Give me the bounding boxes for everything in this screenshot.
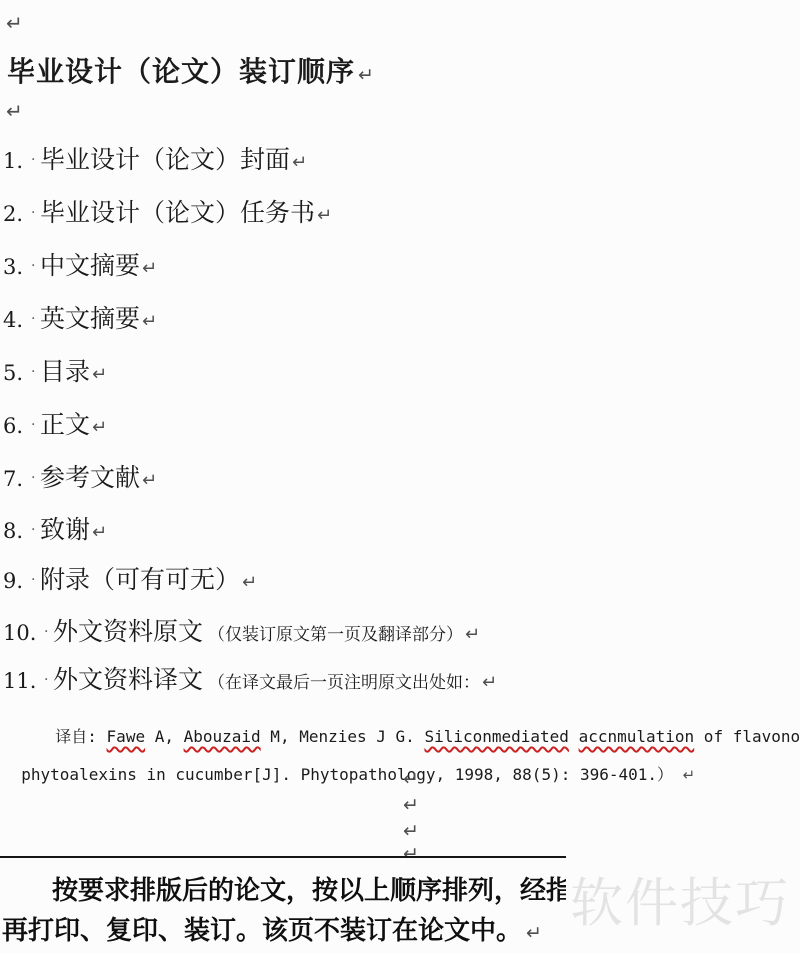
list-item: 2.·毕业设计（论文）任务书↵ bbox=[3, 199, 332, 228]
item-text: 毕业设计（论文）封面 bbox=[40, 145, 290, 174]
watermark-box: 软件技巧 bbox=[566, 853, 800, 953]
list-item: 8.·致谢↵ bbox=[3, 516, 107, 545]
footer-note-line-2: 再打印、复印、装订。该页不装订在论文中。↵ bbox=[2, 916, 542, 947]
item-number: 8. bbox=[3, 519, 31, 543]
list-item: 4.·英文摘要↵ bbox=[3, 305, 157, 334]
item-text: 中文摘要 bbox=[40, 251, 140, 280]
citation-text: phytoalexins in cucumber[J]. Phytopathol… bbox=[21, 765, 673, 784]
citation-text bbox=[569, 727, 579, 746]
document-page: { "doc": { "pilcrow": "↵", "space_dot": … bbox=[0, 0, 800, 953]
item-number: 10. bbox=[3, 621, 44, 645]
paragraph-mark: ↵ bbox=[358, 64, 374, 86]
page-title-text: 毕业设计（论文）装订顺序 bbox=[7, 55, 355, 88]
list-item: 7.·参考文献↵ bbox=[3, 464, 157, 493]
paragraph-mark: ↵ bbox=[292, 152, 307, 173]
item-text: 附录（可有可无） bbox=[40, 565, 240, 594]
misspelled-word: Siliconmediated bbox=[424, 727, 569, 746]
item-text: 外文资料译文 bbox=[53, 665, 203, 694]
paragraph-mark: ↵ bbox=[92, 522, 107, 543]
list-item: 10.·外文资料原文（仅装订原文第一页及翻译部分）↵ bbox=[3, 618, 480, 647]
paragraph-mark: ↵ bbox=[683, 766, 696, 784]
item-number: 11. bbox=[3, 669, 44, 693]
paragraph-mark: ↵ bbox=[92, 364, 107, 385]
item-number: 5. bbox=[3, 361, 31, 385]
item-text: 致谢 bbox=[40, 515, 90, 544]
space-dot: · bbox=[31, 258, 40, 274]
item-text: 外文资料原文 bbox=[53, 617, 203, 646]
page-title: 毕业设计（论文）装订顺序↵ bbox=[7, 50, 374, 90]
space-dot: · bbox=[31, 152, 40, 168]
item-number: 1. bbox=[3, 149, 31, 173]
misspelled-word: Abouzaid bbox=[184, 727, 261, 746]
paragraph-mark: ↵ bbox=[242, 572, 257, 593]
space-dot: · bbox=[44, 624, 53, 640]
item-text: 英文摘要 bbox=[40, 304, 140, 333]
citation-text: Menzies J G. bbox=[299, 727, 424, 746]
item-note: （在译文最后一页注明原文出处如： bbox=[208, 673, 480, 693]
footer-text: 按要求排版后的论文，按以上顺序排列，经指 bbox=[52, 876, 572, 906]
item-number: 7. bbox=[3, 467, 31, 491]
space-dot: · bbox=[31, 364, 40, 380]
item-number: 9. bbox=[3, 569, 31, 593]
paragraph-mark: ↵ bbox=[526, 922, 542, 944]
paragraph-mark: ↵ bbox=[403, 796, 419, 815]
footer-text: 再打印、复印、装订。该页不装订在论文中。 bbox=[2, 916, 522, 946]
paragraph-mark: ↵ bbox=[403, 845, 419, 864]
item-text: 目录 bbox=[40, 357, 90, 386]
list-item: 1.·毕业设计（论文）封面↵ bbox=[3, 146, 307, 175]
citation-text: M, bbox=[261, 727, 300, 746]
citation-text: of flavono bbox=[694, 727, 800, 746]
watermark-text: 软件技巧 bbox=[570, 861, 800, 937]
paragraph-mark: ↵ bbox=[403, 822, 419, 841]
citation-prefix: 译自: bbox=[55, 727, 106, 746]
citation-line-2: phytoalexins in cucumber[J]. Phytopathol… bbox=[2, 746, 695, 784]
paragraph-mark: ↵ bbox=[6, 13, 23, 33]
space-dot: · bbox=[31, 470, 40, 486]
list-item: 11.·外文资料译文（在译文最后一页注明原文出处如：↵ bbox=[3, 666, 497, 695]
paragraph-mark: ↵ bbox=[465, 624, 480, 645]
paragraph-mark: ↵ bbox=[482, 672, 497, 693]
space-dot: · bbox=[31, 572, 40, 588]
list-item: 5.·目录↵ bbox=[3, 358, 107, 387]
paragraph-mark: ↵ bbox=[142, 258, 157, 279]
item-number: 4. bbox=[3, 308, 31, 332]
item-number: 2. bbox=[3, 202, 31, 226]
space-dot: · bbox=[31, 417, 40, 433]
misspelled-word: Fawe bbox=[107, 727, 146, 746]
item-note: （仅装订原文第一页及翻译部分） bbox=[208, 625, 463, 645]
paragraph-mark: ↵ bbox=[403, 770, 419, 789]
footer-note-line-1: 按要求排版后的论文，按以上顺序排列，经指 bbox=[0, 876, 572, 907]
paragraph-mark: ↵ bbox=[317, 205, 332, 226]
item-text: 参考文献 bbox=[40, 463, 140, 492]
list-item: 3.·中文摘要↵ bbox=[3, 252, 157, 281]
item-number: 6. bbox=[3, 414, 31, 438]
misspelled-word: accnmulation bbox=[579, 727, 695, 746]
space-dot: · bbox=[31, 522, 40, 538]
paragraph-mark: ↵ bbox=[92, 417, 107, 438]
paragraph-mark: ↵ bbox=[6, 101, 23, 121]
citation-text: A, bbox=[145, 727, 184, 746]
paragraph-mark: ↵ bbox=[142, 470, 157, 491]
space-dot: · bbox=[31, 205, 40, 221]
space-dot: · bbox=[31, 311, 40, 327]
item-number: 3. bbox=[3, 255, 31, 279]
item-text: 正文 bbox=[40, 410, 90, 439]
list-item: 6.·正文↵ bbox=[3, 411, 107, 440]
item-text: 毕业设计（论文）任务书 bbox=[40, 198, 315, 227]
list-item: 9.·附录（可有可无）↵ bbox=[3, 566, 257, 595]
paragraph-mark: ↵ bbox=[142, 311, 157, 332]
citation-line-1: 译自: Fawe A, Abouzaid M, Menzies J G. Sil… bbox=[36, 708, 800, 746]
space-dot: · bbox=[44, 672, 53, 688]
